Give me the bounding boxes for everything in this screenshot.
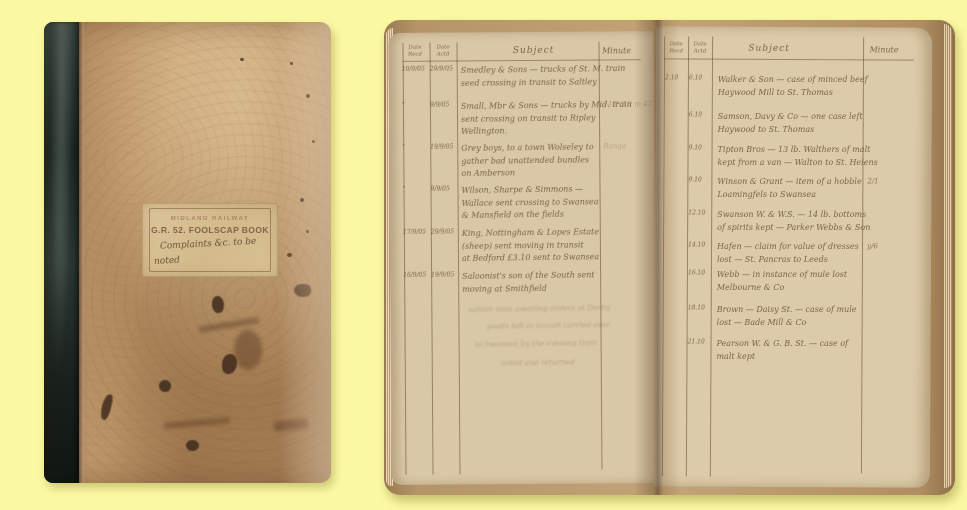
bleed-through-text: to Swansea by the evening train: [475, 338, 598, 349]
entry-subject-line: Loamingfels to Swansea: [717, 189, 931, 202]
book-gutter-shadow: [634, 20, 680, 495]
entry-date-actd: 16.10: [688, 269, 705, 276]
header-date-word: Date: [408, 45, 421, 51]
entry-date-actd: 19/9/05: [430, 143, 453, 150]
entry-date-actd: 12.10: [688, 209, 705, 216]
cover-label-border: MIDLAND RAILWAY G.R. 52. FOOLSCAP BOOK C…: [149, 208, 271, 272]
entry-date-recd: 10/9/05: [402, 66, 425, 73]
ledger-entry-row: " 9/9/05 Small, Mbr & Sons — trucks by M…: [389, 99, 654, 138]
entry-minute: y/6: [867, 242, 878, 250]
entry-subject-line: Samson, Davy & Co — one case left: [718, 111, 932, 124]
entry-minute: 2/1: [867, 177, 878, 185]
header-actd-word: Actd: [437, 51, 450, 57]
book-cover-photo: MIDLAND RAILWAY G.R. 52. FOOLSCAP BOOK C…: [44, 22, 331, 483]
ledger-entry-row: 2.10 6.10 Walker & Son — case of minced …: [656, 73, 932, 99]
entry-date-recd: ": [402, 186, 405, 193]
entry-date-actd: 9/9/05: [430, 102, 449, 109]
entry-date-actd: 29/9/05: [430, 65, 453, 72]
entry-date-actd: 14.10: [688, 241, 705, 248]
header-date-word: Date: [436, 45, 449, 51]
bleed-through-text: noted and returned: [501, 357, 575, 367]
entry-subject-line: Webb — in instance of mule lost: [717, 269, 931, 282]
header-recd-word: Recd: [408, 51, 422, 57]
header-rule: [403, 59, 641, 62]
entry-subject-line: Hafen — claim for value of dresses: [717, 241, 931, 254]
header-date-word: Date: [694, 41, 707, 47]
entry-subject-line: of spirits kept — Parker Webbs & Son: [717, 222, 931, 235]
header-minute: Minute: [856, 45, 912, 54]
entry-subject-line: Brown — Daisy St. — case of mule: [717, 304, 931, 317]
entry-date-actd: 9/9/05: [430, 186, 449, 193]
entry-date-recd: 17/9/05: [403, 229, 426, 236]
entry-minute: Ranga: [603, 142, 626, 150]
entry-subject-line: Haywood Mill to St. Thomas: [718, 87, 932, 100]
entry-date-actd: 19/9/05: [431, 271, 454, 278]
header-date-actd: Date Actd: [430, 44, 457, 57]
entry-subject-line: lost — St. Pancras to Leeds: [717, 254, 931, 267]
header-actd-word: Actd: [694, 48, 707, 54]
ledger-entry-row: 10/9/05 29/9/05 Smedley & Sons — trucks …: [389, 63, 654, 90]
entry-subject-line: Pearson W. & G. B. St. — case of: [717, 338, 931, 351]
header-subject: Subject: [714, 44, 824, 55]
entry-date-actd: 18.10: [688, 304, 705, 311]
entry-date-actd: 21.10: [688, 338, 705, 345]
bleed-through-text: goods left in transit carried over: [486, 320, 610, 331]
entry-subject-line: malt kept: [716, 351, 930, 364]
ledger-left-page: Date Recd Date Actd Subject Minute 10/9/…: [388, 31, 656, 485]
label-handwritten-line2: noted: [154, 251, 270, 268]
label-title-text: G.R. 52. FOOLSCAP BOOK: [150, 225, 270, 235]
entry-subject-line: at Bedford £3.10 sent to Swansea: [462, 251, 655, 266]
entry-subject-line: kept from a van — Walton to St. Helens: [717, 157, 931, 170]
entry-subject-line: Swanson W. & W.S. — 14 lb. bottoms: [717, 209, 931, 222]
entry-subject-line: on Amberson: [461, 166, 654, 181]
entry-date-actd: 9.10: [688, 176, 701, 183]
entry-subject-line: Melbourne & Co: [717, 282, 931, 295]
ledger-entry-row: 16/9/05 19/9/05 Saloonist's son of the S…: [390, 269, 655, 296]
ledger-right-page: Date Recd Date Actd Subject Minute 2.10 …: [654, 26, 932, 487]
entry-subject-line: Wellington.: [461, 124, 654, 139]
entry-subject-line: & Mansfield on the fields: [462, 208, 655, 223]
entry-subject-line: Walker & Son — case of minced beef: [718, 74, 932, 87]
ledger-entry-row: 12.10 Swanson W. & W.S. — 14 lb. bottoms…: [655, 208, 931, 234]
header-date-actd: Date Actd: [688, 41, 712, 54]
entry-date-actd: 6.10: [689, 111, 702, 118]
entry-date-actd: 9.10: [689, 144, 702, 151]
photo-composite: MIDLAND RAILWAY G.R. 52. FOOLSCAP BOOK C…: [0, 0, 967, 510]
bleed-through-text: saloon vans awaiting orders at Derby: [468, 303, 610, 314]
cover-label: MIDLAND RAILWAY G.R. 52. FOOLSCAP BOOK C…: [142, 203, 278, 277]
ledger-entry-row: 16.10 Webb — in instance of mule lost Me…: [655, 268, 931, 294]
header-date-recd: Date Recd: [402, 45, 429, 58]
ledger-entry-row: 9.10 Tipton Bros — 13 lb. Walthers of ma…: [655, 143, 931, 169]
entry-date-actd: 6.10: [689, 74, 702, 81]
ledger-entry-row: 14.10 Hafen — claim for value of dresses…: [655, 240, 931, 266]
entry-date-recd: ": [402, 144, 405, 151]
ledger-entry-row: 21.10 Pearson W. & G. B. St. — case of m…: [654, 337, 930, 363]
entry-subject-line: seed crossing in transit to Saltley: [461, 75, 654, 90]
header-rule: [664, 58, 914, 60]
entry-date-recd: 16/9/05: [403, 272, 426, 279]
entry-subject-line: moving at Smithfield: [462, 281, 655, 296]
page-edges-right: [944, 24, 952, 488]
ledger-entry-row: 9.10 Winson & Grant — item of a hobble L…: [655, 175, 931, 201]
header-subject: Subject: [479, 46, 589, 57]
entry-subject-line: Tipton Bros — 13 lb. Walthers of malt: [718, 144, 932, 157]
entry-date-recd: ": [402, 102, 405, 109]
entry-subject-line: lost — Bade Mill & Co: [717, 317, 931, 330]
entry-date-actd: 29/9/05: [431, 228, 454, 235]
entry-subject-line: Winson & Grant — item of a hobble: [717, 176, 931, 189]
label-publisher-text: MIDLAND RAILWAY: [150, 216, 270, 222]
open-ledger-photo: Date Recd Date Actd Subject Minute 10/9/…: [384, 20, 955, 495]
ledger-entry-row: " 19/9/05 Grey boys, to a town Wolseley …: [389, 141, 654, 180]
entry-subject-line: Haywood to St. Thomas: [718, 124, 932, 137]
ledger-entry-row: 18.10 Brown — Daisy St. — case of mule l…: [655, 303, 931, 329]
ledger-entry-row: 17/9/05 29/9/05 King, Nottingham & Lopes…: [390, 226, 655, 265]
ledger-entry-row: 6.10 Samson, Davy & Co — one case left H…: [656, 110, 932, 136]
label-handwritten-line1: Complaints &c. to be: [160, 236, 270, 253]
ledger-entry-row: " 9/9/05 Wilson, Sharpe & Simmons — Wall…: [389, 183, 654, 222]
